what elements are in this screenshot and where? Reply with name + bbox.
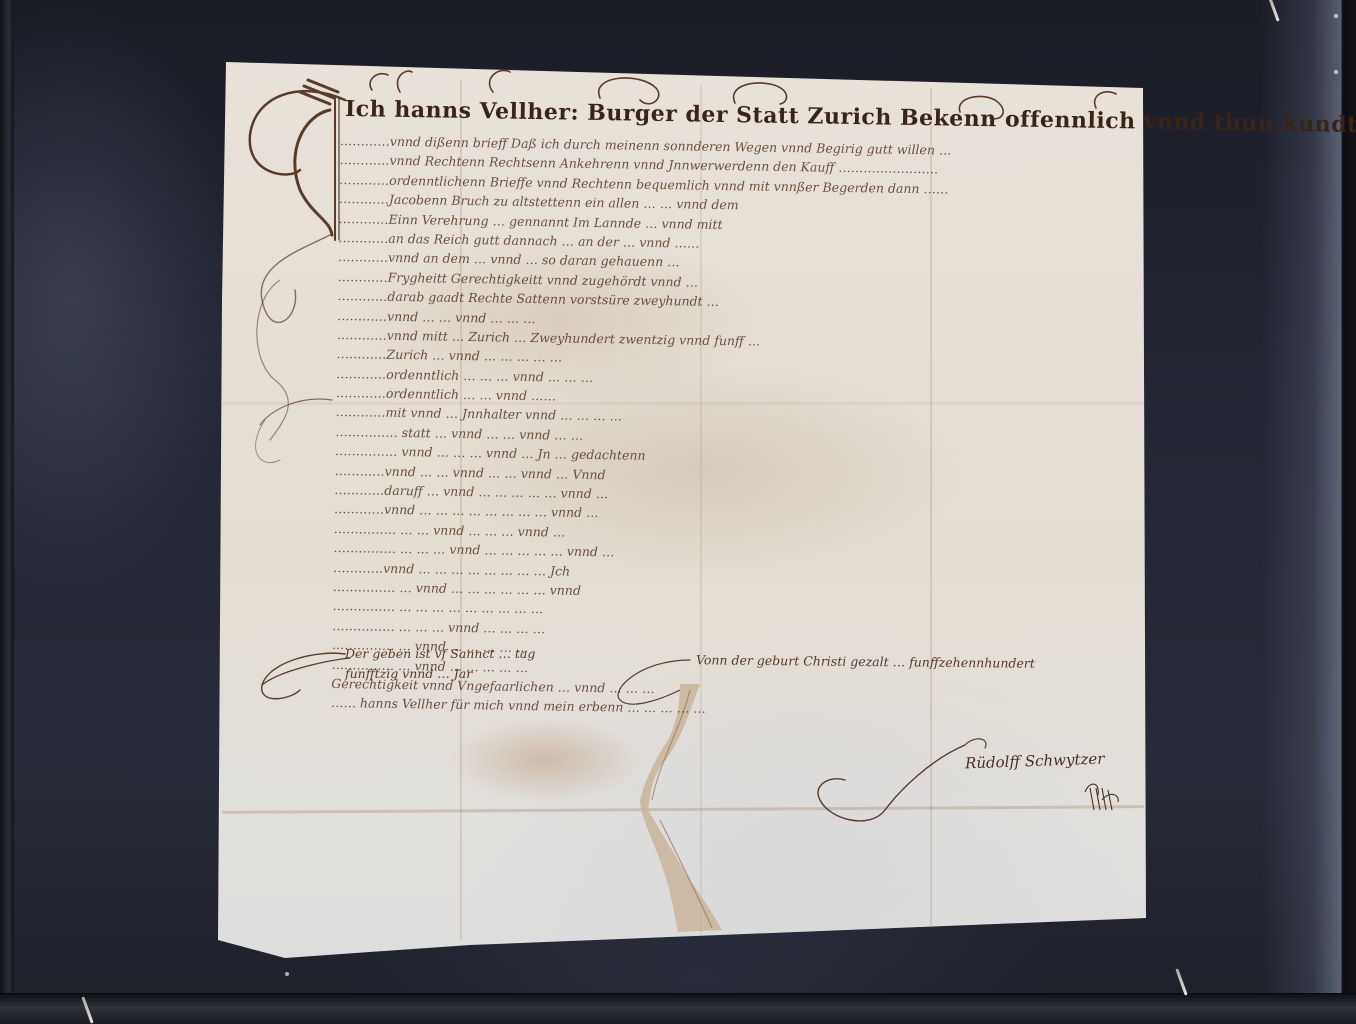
glass-bezel-right (1260, 0, 1356, 1000)
dust-speck (1334, 70, 1338, 74)
frame-left-edge (0, 0, 14, 1024)
dust-speck (285, 972, 289, 976)
dust-speck (1334, 14, 1338, 18)
frame-bottom-edge (0, 993, 1356, 1024)
closing-line: Der geben ist vf Sannct … tag (345, 646, 535, 661)
document-body: …………vnnd dißenn brieff Daß ich durch mei… (331, 131, 1140, 725)
closing-line: funfftzig vnnd … Jar (345, 666, 472, 681)
